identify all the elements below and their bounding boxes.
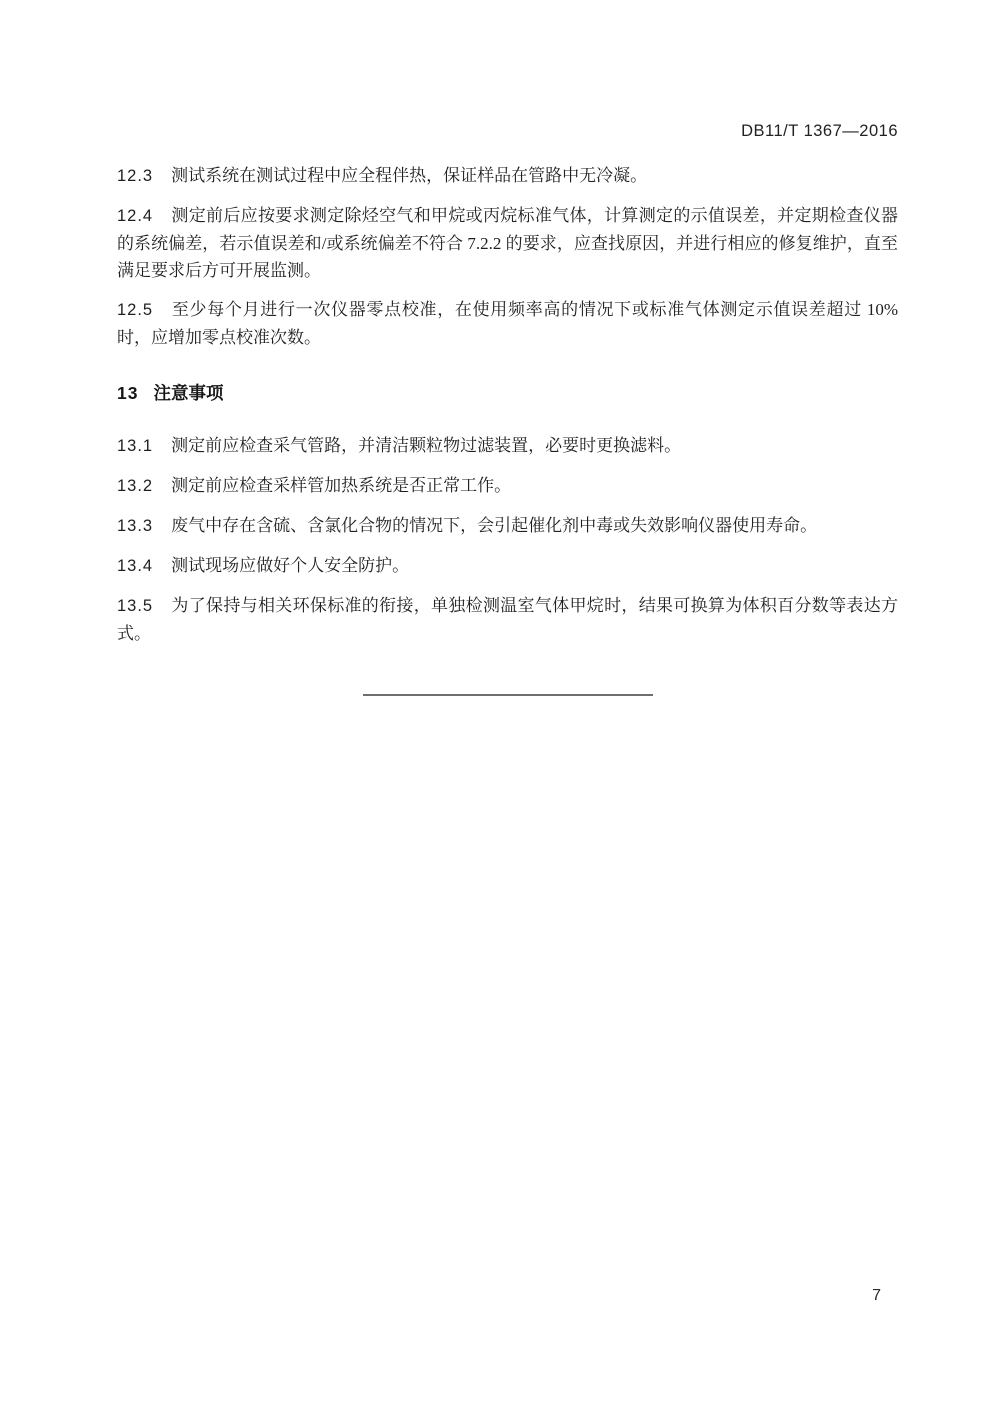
clause-13-4: 13.4测试现场应做好个人安全防护。	[117, 552, 898, 580]
clause-12-5: 12.5至少每个月进行一次仪器零点校准，在使用频率高的情况下或标准气体测定示值误…	[117, 296, 898, 351]
clause-number: 13.3	[117, 517, 153, 535]
clause-text: 测定前后应按要求测定除烃空气和甲烷或丙烷标准气体，计算测定的示值误差，并定期检查…	[117, 206, 898, 280]
clause-text: 测试系统在测试过程中应全程伴热，保证样品在管路中无冷凝。	[171, 166, 647, 185]
clause-13-1: 13.1测定前应检查采气管路，并清洁颗粒物过滤装置，必要时更换滤料。	[117, 432, 898, 460]
page-number: 7	[872, 1286, 881, 1306]
document-page: DB11/T 1367—2016 12.3测试系统在测试过程中应全程伴热，保证样…	[0, 0, 993, 1404]
clause-13-2: 13.2测定前应检查采样管加热系统是否正常工作。	[117, 472, 898, 500]
clause-text: 至少每个月进行一次仪器零点校准，在使用频率高的情况下或标准气体测定示值误差超过 …	[117, 300, 898, 347]
clause-number: 13.4	[117, 557, 153, 575]
clause-13-3: 13.3废气中存在含硫、含氯化合物的情况下，会引起催化剂中毒或失效影响仪器使用寿…	[117, 512, 898, 540]
section-title: 注意事项	[153, 383, 223, 403]
clause-text: 测试现场应做好个人安全防护。	[171, 556, 409, 575]
clause-text: 测定前应检查采气管路，并清洁颗粒物过滤装置，必要时更换滤料。	[171, 436, 681, 455]
clause-text: 为了保持与相关环保标准的衔接，单独检测温室气体甲烷时，结果可换算为体积百分数等表…	[117, 596, 898, 643]
clause-number: 12.4	[117, 207, 153, 225]
document-code-header: DB11/T 1367—2016	[117, 121, 898, 141]
clause-number: 13.1	[117, 437, 153, 455]
clause-13-5: 13.5为了保持与相关环保标准的衔接，单独检测温室气体甲烷时，结果可换算为体积百…	[117, 592, 898, 647]
clause-12-4: 12.4测定前后应按要求测定除烃空气和甲烷或丙烷标准气体，计算测定的示值误差，并…	[117, 202, 898, 284]
clause-text: 测定前应检查采样管加热系统是否正常工作。	[171, 476, 511, 495]
section-number: 13	[117, 383, 138, 403]
clause-number: 12.3	[117, 167, 153, 185]
clause-number: 13.2	[117, 477, 153, 495]
section-13-heading: 13注意事项	[117, 382, 898, 404]
clause-text: 废气中存在含硫、含氯化合物的情况下，会引起催化剂中毒或失效影响仪器使用寿命。	[171, 516, 817, 535]
clause-number: 13.5	[117, 597, 153, 615]
document-end-rule	[363, 694, 653, 696]
clause-12-3: 12.3测试系统在测试过程中应全程伴热，保证样品在管路中无冷凝。	[117, 162, 898, 190]
clause-number: 12.5	[117, 301, 153, 319]
